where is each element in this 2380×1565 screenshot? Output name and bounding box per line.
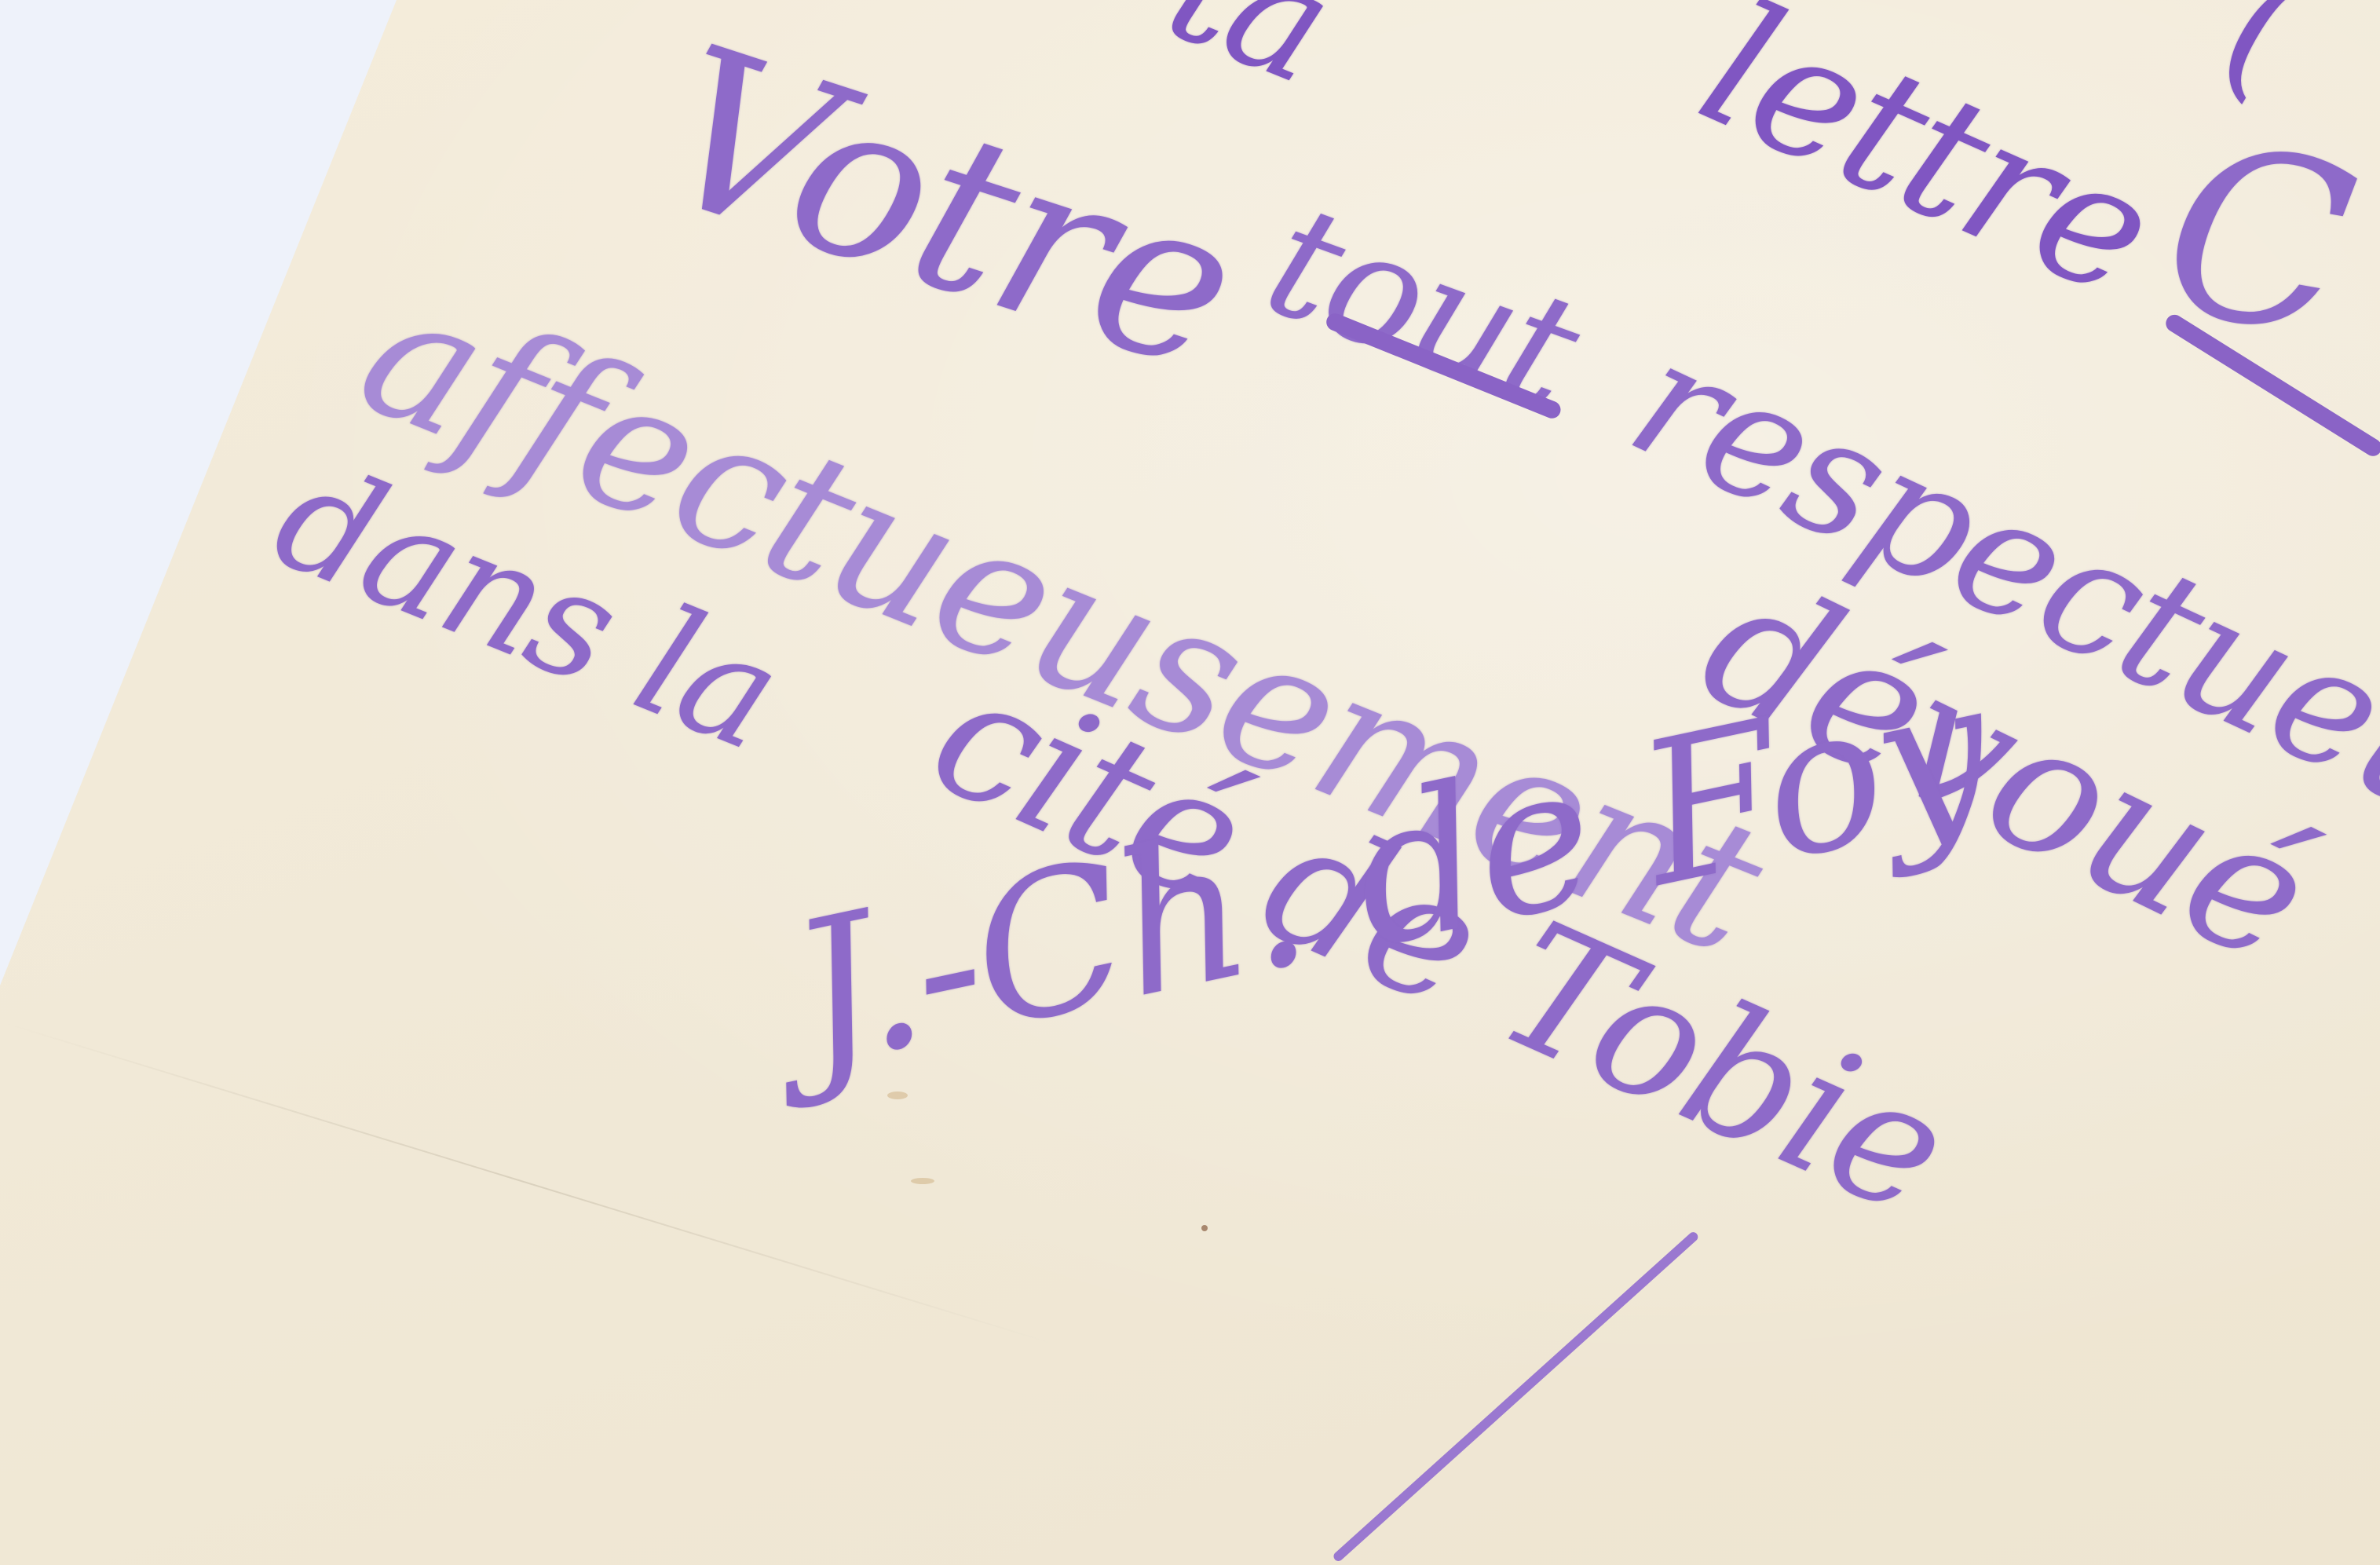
paper-stain	[1201, 1225, 1208, 1231]
paper-stain	[911, 1178, 934, 1184]
